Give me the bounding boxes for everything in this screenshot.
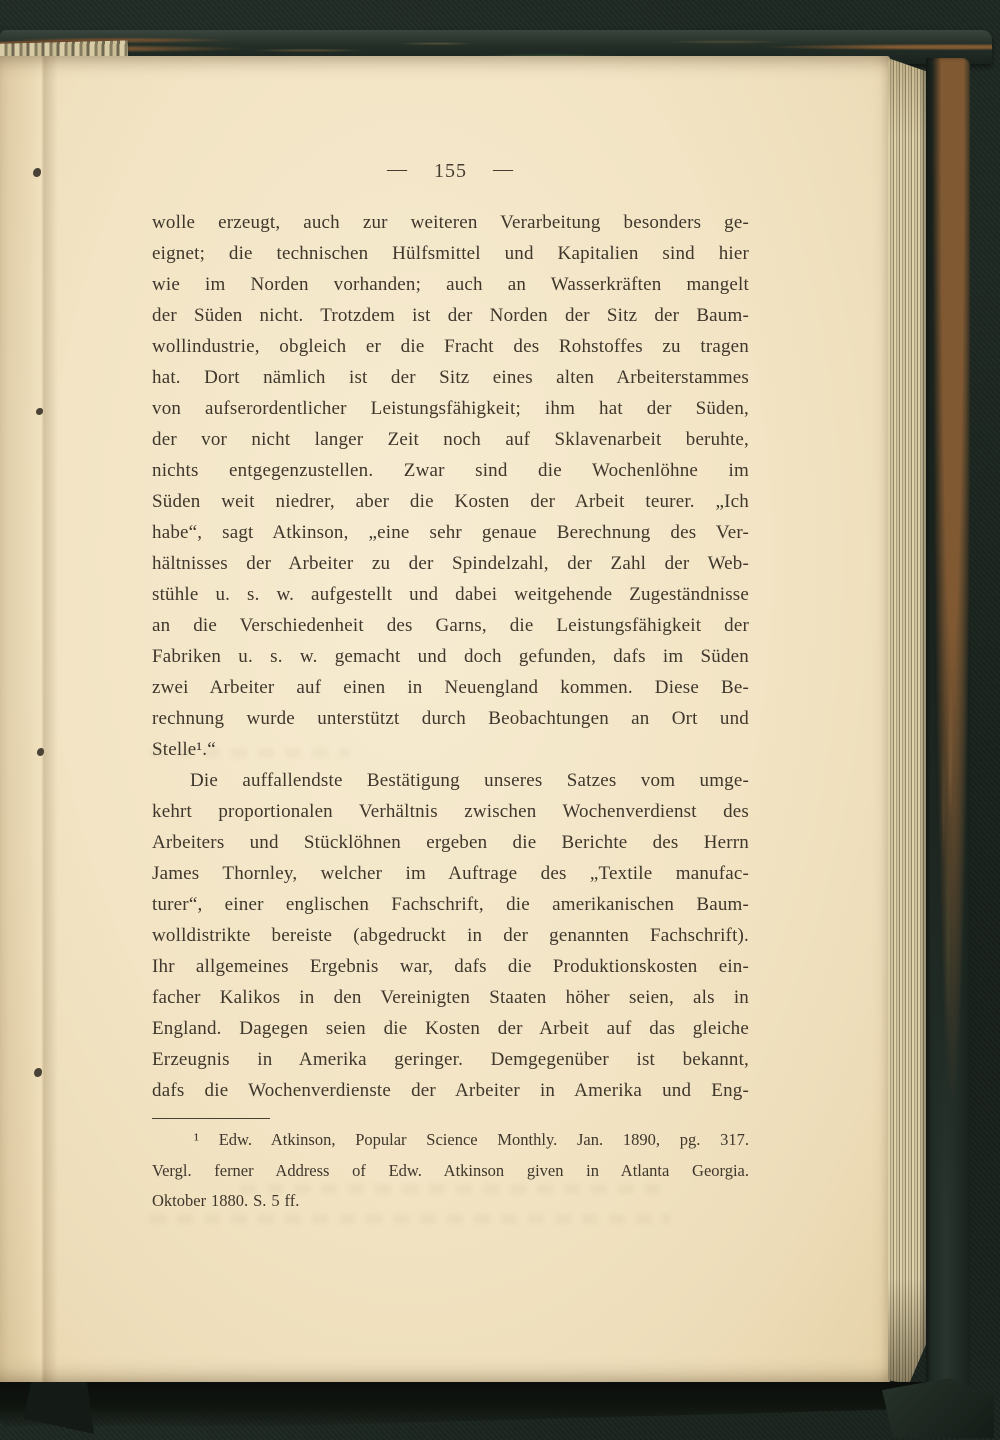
book-cover-right-edge	[926, 58, 970, 1402]
text-line: hat. Dort nämlich ist der Sitz eines alt…	[152, 362, 749, 393]
book-cover-corner-bottom-left	[24, 1382, 94, 1434]
text-line: stühle u. s. w. aufgestellt und dabei we…	[152, 579, 749, 610]
text-line: eignet; die technischen Hülfsmittel und …	[152, 238, 749, 269]
text-line: dafs die Wochenverdienste der Arbeiter i…	[152, 1075, 749, 1106]
text-line: Stelle¹.“	[152, 734, 749, 765]
text-block: —155— wolle erzeugt, auch zur weiteren V…	[152, 160, 749, 1217]
text-line: der Süden nicht. Trotzdem ist der Norden…	[152, 300, 749, 331]
text-line: wie im Norden vorhanden; auch an Wasserk…	[152, 269, 749, 300]
header-dash-left: —	[387, 158, 408, 181]
text-line: nichts entgegenzustellen. Zwar sind die …	[152, 455, 749, 486]
ink-speck	[36, 408, 43, 415]
ink-speck	[33, 168, 41, 177]
text-line: Süden weit niedrer, aber die Kosten der …	[152, 486, 749, 517]
page-header: —155—	[152, 160, 749, 183]
ink-speck	[37, 748, 44, 756]
text-line: James Thornley, welcher im Auftrage des …	[152, 858, 749, 889]
page-number: 155	[434, 160, 467, 182]
text-line: England. Dagegen seien die Kosten der Ar…	[152, 1013, 749, 1044]
text-line: ¹ Edw. Atkinson, Popular Science Monthly…	[152, 1125, 749, 1156]
ink-speck	[34, 1068, 42, 1077]
text-line: turer“, einer englischen Fachschrift, di…	[152, 889, 749, 920]
body-text: wolle erzeugt, auch zur weiteren Verarbe…	[152, 207, 749, 1106]
text-line: kehrt proportionalen Verhältnis zwischen…	[152, 796, 749, 827]
text-line: Arbeiters und Stücklöhnen ergeben die Be…	[152, 827, 749, 858]
text-line: wolldistrikte bereiste (abgedruckt in de…	[152, 920, 749, 951]
text-line: Die auffallendste Bestätigung unseres Sa…	[152, 765, 749, 796]
header-dash-right: —	[493, 158, 514, 181]
text-line: rechnung wurde unterstützt durch Beobach…	[152, 703, 749, 734]
text-line: an die Verschiedenheit des Garns, die Le…	[152, 610, 749, 641]
book-scan-scene: —155— wolle erzeugt, auch zur weiteren V…	[0, 0, 1000, 1440]
text-line: Ihr allgemeines Ergebnis war, dafs die P…	[152, 951, 749, 982]
text-line: habe“, sagt Atkinson, „eine sehr genaue …	[152, 517, 749, 548]
text-line: von aufserordentlicher Leistungsfähigkei…	[152, 393, 749, 424]
text-line: facher Kalikos in den Vereinigten Staate…	[152, 982, 749, 1013]
text-line: Fabriken u. s. w. gemacht und doch gefun…	[152, 641, 749, 672]
text-line: der vor nicht langer Zeit noch auf Sklav…	[152, 424, 749, 455]
text-line: wolle erzeugt, auch zur weiteren Verarbe…	[152, 207, 749, 238]
text-line: Vergl. ferner Address of Edw. Atkinson g…	[152, 1156, 749, 1187]
text-line: Oktober 1880. S. 5 ff.	[152, 1186, 749, 1217]
page-edges-stack	[888, 58, 926, 1384]
text-line: zwei Arbeiter auf einen in Neuengland ko…	[152, 672, 749, 703]
footnote-separator	[152, 1118, 270, 1119]
footnotes: ¹ Edw. Atkinson, Popular Science Monthly…	[152, 1125, 749, 1217]
text-line: wollindustrie, obgleich er die Fracht de…	[152, 331, 749, 362]
text-line: Erzeugnis in Amerika geringer. Demgegenü…	[152, 1044, 749, 1075]
page-bottom-shadow	[0, 1382, 952, 1426]
text-line: hältnisses der Arbeiter zu der Spindelza…	[152, 548, 749, 579]
